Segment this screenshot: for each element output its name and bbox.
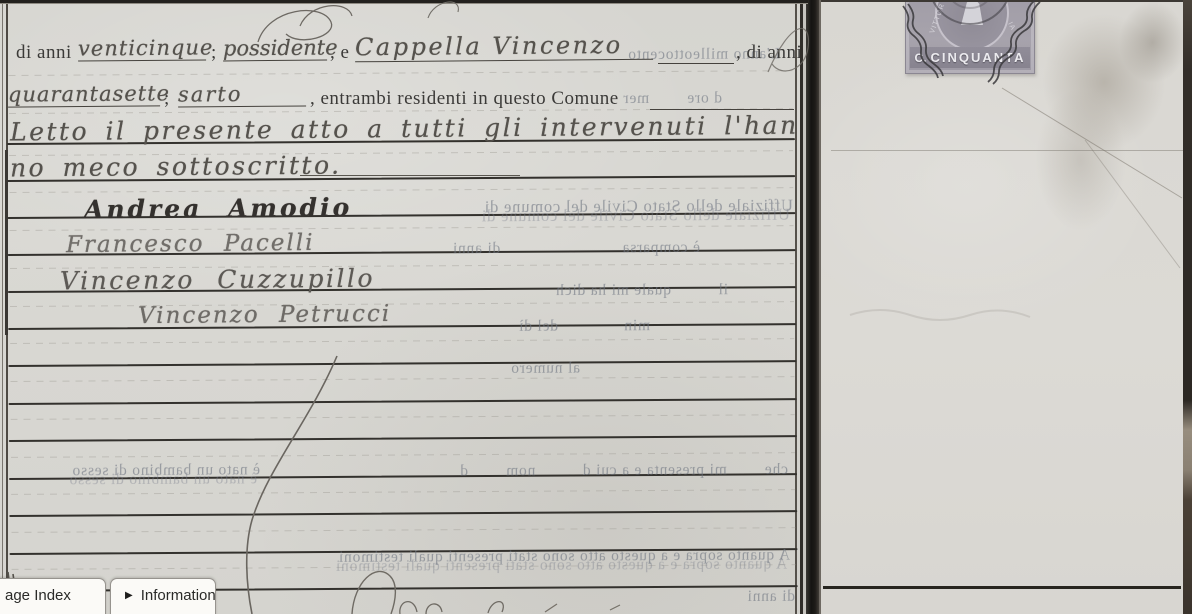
printed-label-di-anni: di anni: [16, 42, 72, 64]
tab-page-index-label: age Index: [0, 579, 71, 604]
tab-information[interactable]: ▶ Information: [110, 578, 216, 614]
bleedthrough-text: è comparsa di anni: [300, 239, 700, 259]
document-viewer: L'anno milleottocento d ore mer Uffizial…: [0, 0, 1192, 614]
printed-residents-text: , entrambi residenti in questo Comune: [310, 88, 619, 110]
tab-page-index[interactable]: age Index: [0, 578, 106, 614]
bleedthrough-text: Uffiziale dello Stato Civile del comune …: [295, 196, 793, 219]
entry-occupation-witness: sarto: [178, 81, 306, 107]
bleedthrough-text: è nato un bambino di sesso: [8, 461, 260, 480]
signature: Vincenzo Cuzzupillo: [60, 264, 375, 296]
printed-separator-2: ;: [164, 88, 170, 110]
scan-top-edge-highlight: [0, 3, 808, 4]
revenue-stamp: VITTOR IA C. CINQUANTA: [905, 0, 1035, 74]
entry-occupation-groom: possidente: [223, 36, 327, 62]
bleedthrough-text: A quanto sopra e a questo atto sono stat…: [228, 547, 790, 568]
printed-label-di-anni-2: , di anni: [736, 42, 802, 64]
register-page-left: L'anno milleottocento d ore mer Uffizial…: [0, 0, 806, 614]
stamp-denomination-value: CINQUANTA: [930, 50, 1025, 65]
tab-information-label: Information: [133, 579, 216, 604]
entry-age-witness: quarantasette: [8, 81, 160, 107]
blank-line-segment: [658, 62, 734, 64]
entry-witness-name: Cappella Vincenzo: [355, 31, 653, 63]
faint-rule: [831, 150, 1183, 151]
printed-separator: ;: [211, 42, 217, 64]
blank-line-segment: [650, 108, 794, 110]
printed-conjunction: , e: [330, 42, 349, 64]
trailing-dash: [300, 174, 520, 176]
play-icon: ▶: [111, 579, 133, 601]
closing-formula-line2: no meco sottoscritto.: [10, 151, 342, 183]
scan-top-edge-right: [821, 0, 1183, 2]
binding-gutter: [806, 0, 819, 614]
bleedthrough-text: di anni: [715, 588, 795, 606]
stamp-denomination-prefix: C.: [914, 51, 926, 65]
bottom-rule: [823, 586, 1181, 589]
signature: Andrea Amodio: [84, 193, 352, 224]
stamp-oval-text-right: IA: [1007, 21, 1017, 32]
signature: Francesco Pacelli: [66, 230, 315, 258]
bleedthrough-text: il quale mi ha dich: [418, 281, 728, 301]
signature: Vincenzo Petrucci: [138, 301, 391, 329]
bleedthrough-text: che mi presenta e a cui d nom d: [388, 461, 788, 481]
register-page-right: VITTOR IA C. CINQUANTA: [821, 0, 1183, 614]
stamp-denomination: C. CINQUANTA: [910, 47, 1030, 68]
scan-right-edge: [1183, 0, 1192, 614]
entry-age-groom: venticinque: [78, 35, 206, 61]
bleedthrough-text: al numero: [430, 360, 580, 379]
